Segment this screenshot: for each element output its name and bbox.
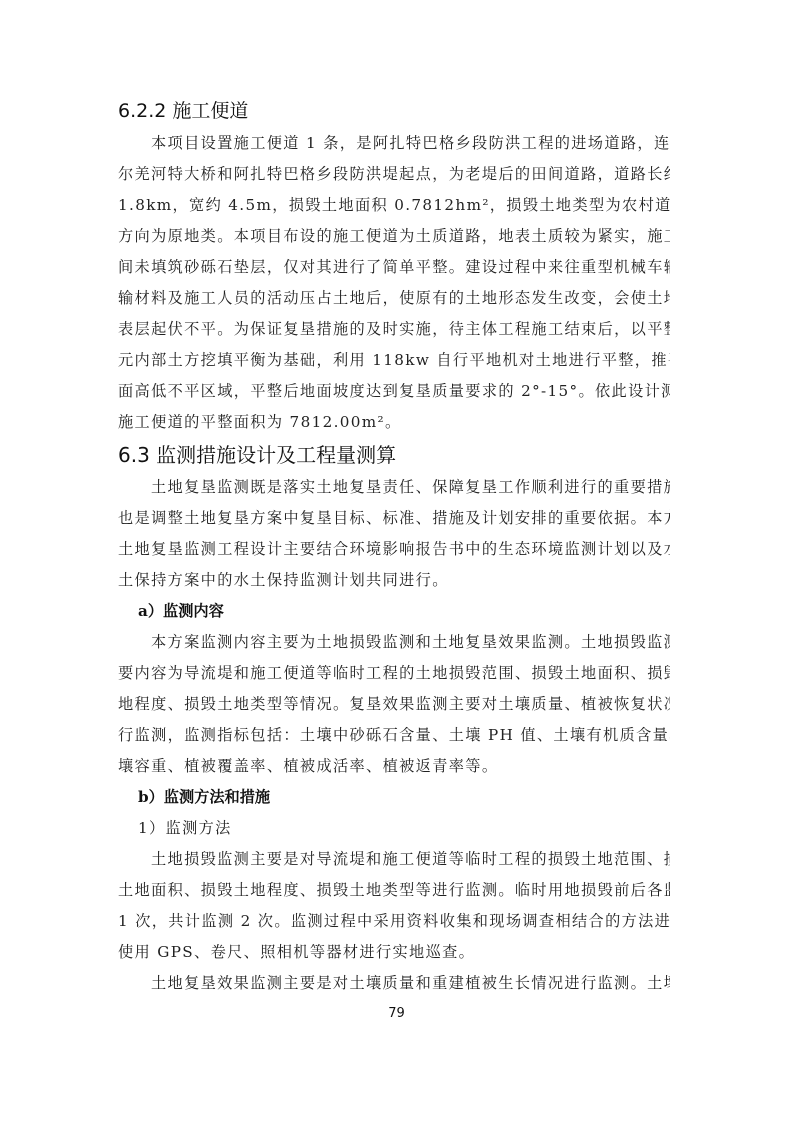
section-heading-6-2-2: 6.2.2 施工便道: [118, 94, 670, 128]
text-line: 土地复垦监测既是落实土地复垦责任、保障复垦工作顺利进行的重要措施，: [118, 472, 670, 503]
text-line: 1.8km，宽约 4.5m，损毁土地面积 0.7812hm²，损毁土地类型为农村…: [118, 190, 670, 221]
text-line: 土地复垦监测工程设计主要结合环境影响报告书中的生态环境监测计划以及水: [118, 534, 670, 565]
text-line: 要内容为导流堤和施工便道等临时工程的土地损毁范围、损毁土地面积、损毁土: [118, 658, 670, 689]
subheading-monitoring-methods: b）监测方法和措施: [118, 782, 670, 813]
text-line: 元内部土方挖填平衡为基础，利用 118kw 自行平地机对土地进行平整，推平地: [118, 345, 670, 376]
page-content: 6.2.2 施工便道 本项目设置施工便道 1 条，是阿扎特巴格乡段防洪工程的进场…: [118, 94, 670, 999]
text-line: 本项目设置施工便道 1 条，是阿扎特巴格乡段防洪工程的进场道路，连接叶: [118, 128, 670, 159]
paragraph-damage-monitoring: 土地损毁监测主要是对导流堤和施工便道等临时工程的损毁土地范围、损毁 土地面积、损…: [118, 844, 670, 968]
text-line: 土地复垦效果监测主要是对土壤质量和重建植被生长情况进行监测。土壤质: [118, 968, 670, 999]
section-heading-6-3: 6.3 监测措施设计及工程量测算: [118, 438, 670, 472]
text-line: 壤容重、植被覆盖率、植被成活率、植被返青率等。: [118, 751, 670, 782]
text-line: 土地面积、损毁土地程度、损毁土地类型等进行监测。临时用地损毁前后各监测: [118, 875, 670, 906]
list-item-monitoring-method: 1）监测方法: [118, 813, 670, 844]
paragraph-monitoring-content: 本方案监测内容主要为土地损毁监测和土地复垦效果监测。土地损毁监测主 要内容为导流…: [118, 627, 670, 782]
paragraph-reclamation-effect: 土地复垦效果监测主要是对土壤质量和重建植被生长情况进行监测。土壤质: [118, 968, 670, 999]
text-line: 间未填筑砂砾石垫层，仅对其进行了简单平整。建设过程中来往重型机械车辆运: [118, 252, 670, 283]
text-line: 输材料及施工人员的活动压占土地后，使原有的土地形态发生改变，会使土地的: [118, 283, 670, 314]
text-line: 土保持方案中的水土保持监测计划共同进行。: [118, 565, 670, 596]
text-line: 尔羌河特大桥和阿扎特巴格乡段防洪堤起点，为老堤后的田间道路，道路长约: [118, 159, 670, 190]
text-line: 本方案监测内容主要为土地损毁监测和土地复垦效果监测。土地损毁监测主: [118, 627, 670, 658]
text-line: 地程度、损毁土地类型等情况。复垦效果监测主要对土壤质量、植被恢复状况进: [118, 689, 670, 720]
text-line: 行监测，监测指标包括：土壤中砂砾石含量、土壤 PH 值、土壤有机质含量、土: [118, 720, 670, 751]
text-line: 1 次，共计监测 2 次。监测过程中采用资料收集和现场调查相结合的方法进行，: [118, 906, 670, 937]
subheading-monitoring-content: a）监测内容: [118, 596, 670, 627]
text-line: 也是调整土地复垦方案中复垦目标、标准、措施及计划安排的重要依据。本方案: [118, 503, 670, 534]
paragraph-monitoring-intro: 土地复垦监测既是落实土地复垦责任、保障复垦工作顺利进行的重要措施， 也是调整土地…: [118, 472, 670, 596]
text-line: 土地损毁监测主要是对导流堤和施工便道等临时工程的损毁土地范围、损毁: [118, 844, 670, 875]
text-line: 使用 GPS、卷尺、照相机等器材进行实地巡查。: [118, 937, 670, 968]
text-line: 表层起伏不平。为保证复垦措施的及时实施，待主体工程施工结束后，以平整单: [118, 314, 670, 345]
text-line: 施工便道的平整面积为 7812.00m²。: [118, 407, 670, 438]
text-line: 方向为原地类。本项目布设的施工便道为土质道路，地表土质较为紧实，施工期: [118, 221, 670, 252]
document-page: 6.2.2 施工便道 本项目设置施工便道 1 条，是阿扎特巴格乡段防洪工程的进场…: [0, 0, 793, 1122]
paragraph-construction-road: 本项目设置施工便道 1 条，是阿扎特巴格乡段防洪工程的进场道路，连接叶 尔羌河特…: [118, 128, 670, 438]
page-number: 79: [0, 1006, 793, 1021]
text-line: 面高低不平区域，平整后地面坡度达到复垦质量要求的 2°-15°。依此设计测算，: [118, 376, 670, 407]
